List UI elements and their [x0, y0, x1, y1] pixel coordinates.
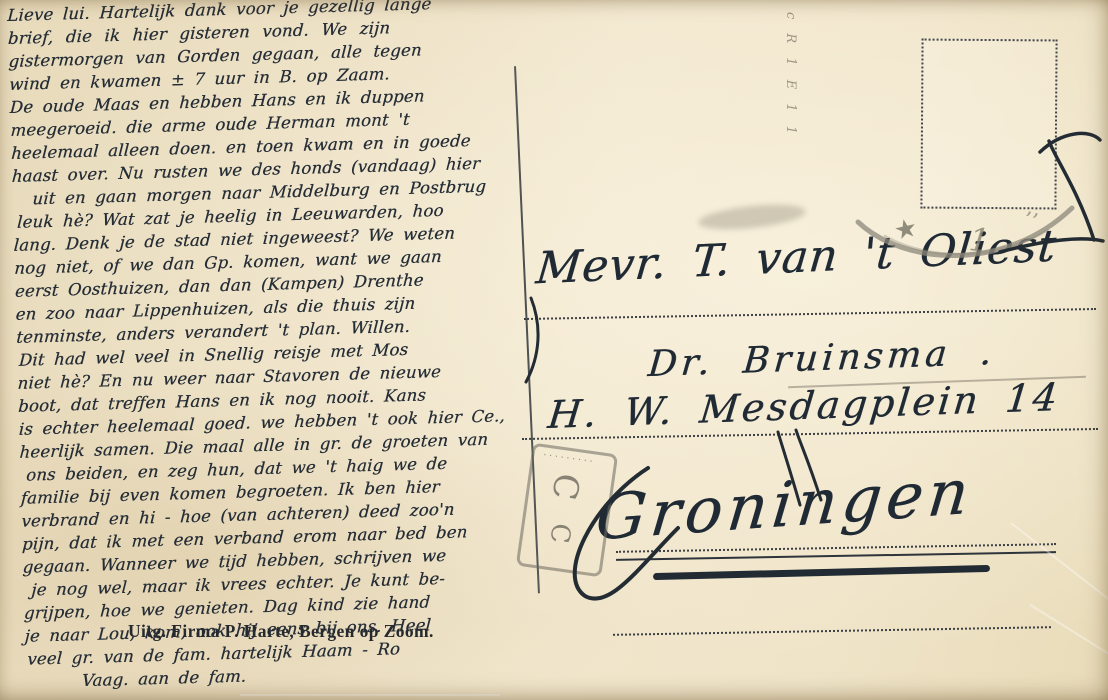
postcard: Uitg. Firma P. Harte, Bergen op Zoom. Li… [0, 0, 1108, 700]
censor-box-mark: ········· C C [516, 443, 618, 578]
paper-crease [240, 694, 500, 696]
address-rule-4 [613, 626, 1051, 636]
censor-box-edge-marks: ········· [542, 450, 595, 466]
censor-char-top: C [543, 470, 587, 503]
city-underline-stroke [653, 565, 990, 580]
stamp-box [920, 39, 1057, 210]
address-rule-1 [524, 308, 1096, 320]
paper-crease [1010, 522, 1108, 616]
paper-crease [1029, 604, 1108, 674]
censor-char-bottom: C [544, 522, 576, 545]
address-city: Groningen [593, 454, 977, 554]
message-text-block: Lieve lui. Hartelijk dank voor je gezell… [7, 0, 542, 694]
address-rule-3-solid [616, 551, 1056, 561]
address-recipient: Mevr. T. van 't Oliest [534, 221, 1059, 295]
postmark-smudge [697, 200, 807, 233]
address-care-of: Dr. Bruinsma . [646, 332, 997, 385]
pencil-notation: c R 1 E 1 1 [783, 12, 798, 194]
address-street: H. W. Mesdagplein 14 [546, 375, 1062, 437]
